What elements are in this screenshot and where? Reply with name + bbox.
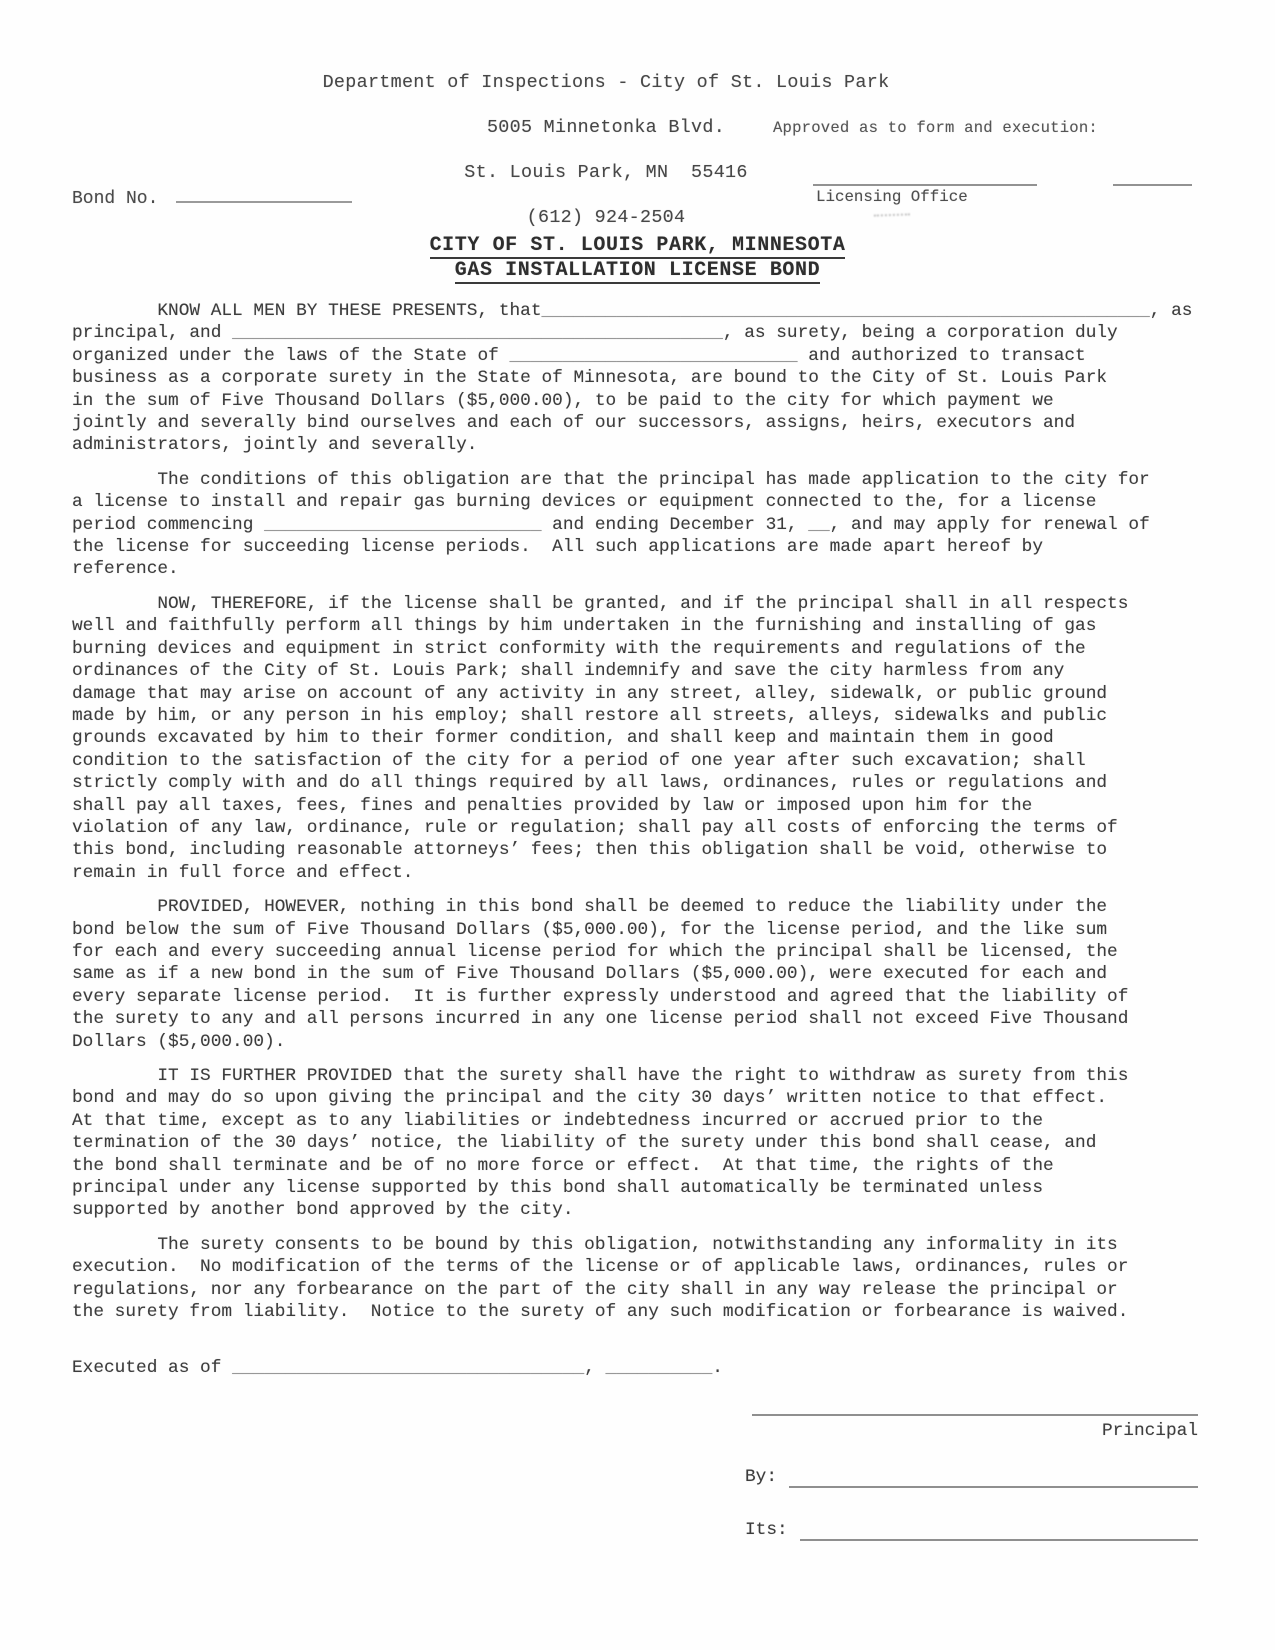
licensing-office-signature-line bbox=[813, 184, 1037, 186]
licensing-office-label: Licensing Office bbox=[816, 188, 968, 206]
by-label: By: bbox=[745, 1466, 777, 1488]
paragraph-surety-consents: The surety consents to be bound by this … bbox=[72, 1234, 1232, 1324]
paragraph-now-therefore: NOW, THEREFORE, if the license shall be … bbox=[72, 593, 1232, 884]
its-label: Its: bbox=[745, 1519, 788, 1541]
executed-as-of-line: Executed as of _________________________… bbox=[72, 1358, 723, 1378]
by-signature-line bbox=[789, 1468, 1198, 1488]
principal-signature-line bbox=[752, 1414, 1198, 1416]
letterhead-city-line: St. Louis Park, MN 55416 bbox=[464, 162, 747, 183]
document-title-line1: CITY OF ST. LOUIS PARK, MINNESOTA bbox=[430, 234, 846, 259]
paragraph-conditions: The conditions of this obligation are th… bbox=[72, 469, 1232, 581]
bond-number-label: Bond No. bbox=[72, 189, 158, 209]
paragraph-further-provided: IT IS FURTHER PROVIDED that the surety s… bbox=[72, 1065, 1232, 1222]
bond-number-field: Bond No. bbox=[72, 187, 352, 209]
paragraph-know-all-men: KNOW ALL MEN BY THESE PRESENTS, that____… bbox=[72, 300, 1232, 457]
letterhead-department-line: Department of Inspections - City of St. … bbox=[323, 72, 890, 93]
by-signature-row: By: bbox=[745, 1466, 1198, 1488]
document-body: KNOW ALL MEN BY THESE PRESENTS, that____… bbox=[72, 300, 1232, 1335]
letterhead-address-line: 5005 Minnetonka Blvd. bbox=[487, 117, 725, 138]
letterhead-phone-line: (612) 924-2504 bbox=[527, 207, 686, 228]
approval-date-line bbox=[1113, 184, 1192, 186]
its-signature-line bbox=[800, 1521, 1198, 1541]
document-title: CITY OF ST. LOUIS PARK, MINNESOTA GAS IN… bbox=[0, 234, 1275, 284]
ink-smudge bbox=[874, 213, 910, 222]
bond-number-blank bbox=[176, 187, 352, 203]
approved-as-to-form-label: Approved as to form and execution: bbox=[773, 119, 1098, 137]
principal-label: Principal bbox=[752, 1421, 1198, 1441]
document-page: Department of Inspections - City of St. … bbox=[0, 0, 1275, 1650]
paragraph-provided-however: PROVIDED, HOWEVER, nothing in this bond … bbox=[72, 896, 1232, 1053]
its-signature-row: Its: bbox=[745, 1519, 1198, 1541]
document-title-line2: GAS INSTALLATION LICENSE BOND bbox=[455, 259, 820, 284]
